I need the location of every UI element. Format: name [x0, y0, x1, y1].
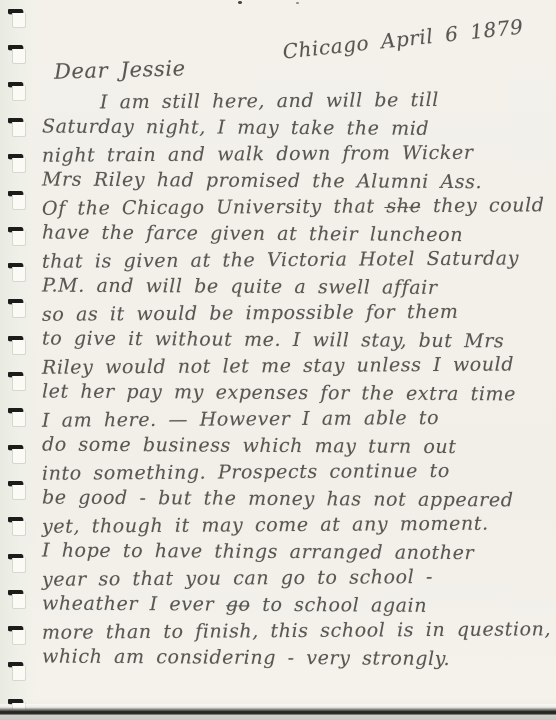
letter-line: Riley would not let me stay unless I wou… — [42, 351, 538, 381]
letter-line: to give it without me. I will stay, but … — [42, 325, 538, 355]
punch-hole — [8, 118, 26, 138]
letter-line: more than to finish, this school is in q… — [42, 616, 538, 646]
letter-line: yet, though it may come at any moment. — [42, 510, 538, 540]
letter-line: into something. Prospects continue to — [42, 457, 538, 487]
letter-body: I am still here, and will be till Saturd… — [42, 88, 538, 671]
punch-hole — [8, 299, 26, 319]
letter-line: I am here. — However I am able to — [42, 404, 538, 434]
punch-hole — [8, 82, 26, 102]
punch-hole — [8, 445, 26, 465]
letter-line: P.M. and will be quite a swell affair — [42, 272, 538, 302]
letter-line: that is given at the Victoria Hotel Satu… — [42, 245, 538, 275]
scanned-letter-page: Chicago April 6 1879 Dear Jessie I am st… — [0, 0, 556, 720]
punch-hole — [8, 517, 26, 537]
punch-hole — [8, 263, 26, 283]
letter-dateline: Chicago April 6 1879 — [281, 12, 544, 63]
letter-line: I hope to have things arranged another — [42, 537, 538, 567]
letter-line: let her pay my expenses for the extra ti… — [42, 378, 538, 408]
punch-hole — [8, 554, 26, 574]
letter-line: do some business which may turn out — [42, 431, 538, 461]
scan-speck — [296, 2, 299, 4]
binding-holes — [8, 0, 32, 720]
letter-line: wheather I ever g̶o̶ to school again — [42, 590, 538, 620]
letter-line: Of the Chicago University that s̶h̶e̶ th… — [42, 192, 538, 222]
letter-line: which am considering - very strongly. — [42, 643, 538, 673]
punch-hole — [8, 481, 26, 501]
punch-hole — [8, 408, 26, 428]
punch-hole — [8, 154, 26, 174]
letter-line: Saturday night, I may take the mid — [42, 113, 538, 143]
letter-line: I am still here, and will be till — [42, 86, 538, 116]
scan-speck — [238, 1, 242, 4]
punch-hole — [8, 336, 26, 356]
punch-hole — [8, 590, 26, 610]
letter-line: Mrs Riley had promised the Alumni Ass. — [42, 166, 538, 196]
letter-line: so as it would be impossible for them — [42, 298, 538, 328]
punch-hole — [8, 227, 26, 247]
letter-line: night train and walk down from Wicker — [42, 139, 538, 169]
punch-hole — [8, 191, 26, 211]
scan-bottom-edge — [0, 704, 556, 720]
punch-hole — [8, 9, 26, 29]
letter-salutation: Dear Jessie — [54, 56, 186, 83]
punch-hole — [8, 626, 26, 646]
punch-hole — [8, 372, 26, 392]
letter-line: be good - but the money has not appeared — [42, 484, 538, 514]
letter-line: year so that you can go to school - — [42, 563, 538, 593]
punch-hole — [8, 45, 26, 65]
punch-hole — [8, 662, 26, 682]
letter-line: have the farce given at their luncheon — [42, 219, 538, 249]
